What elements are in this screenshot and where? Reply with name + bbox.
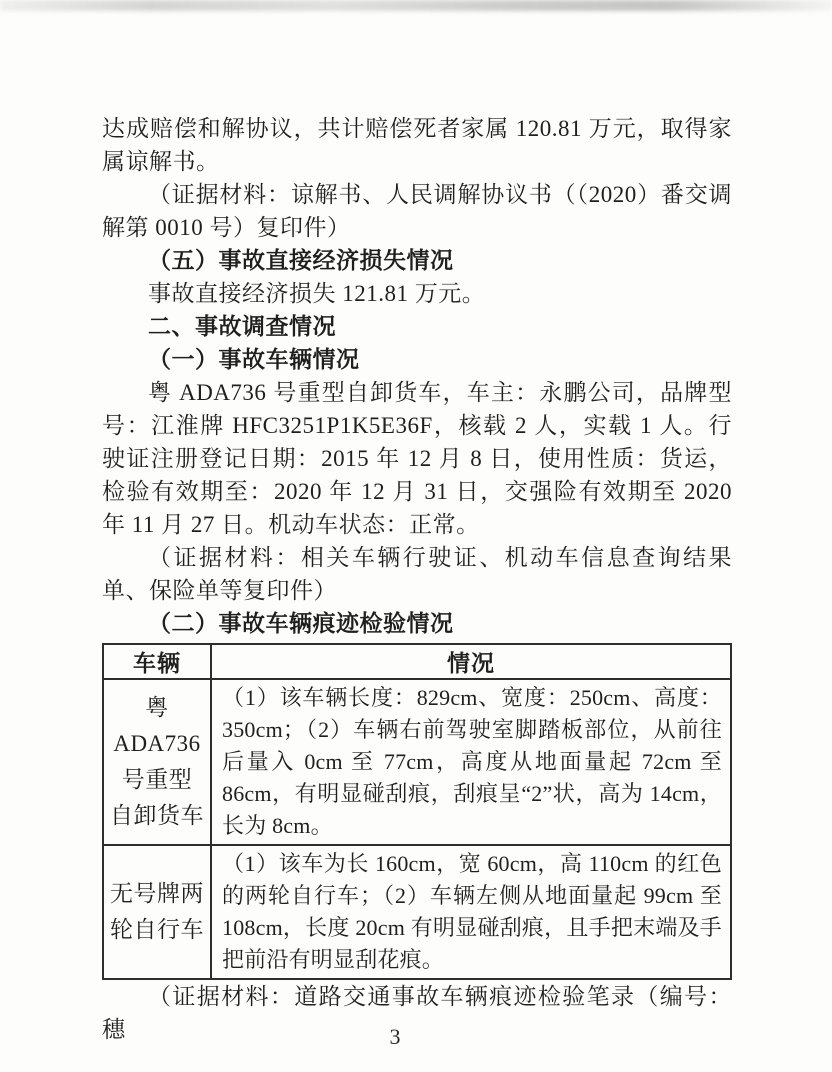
paragraph-compensation-agreement: 达成赔偿和解协议，共计赔偿死者家属 120.81 万元，取得家属谅解书。 (102, 112, 732, 178)
document-content: 达成赔偿和解协议，共计赔偿死者家属 120.81 万元，取得家属谅解书。 （证据… (102, 112, 732, 1046)
bicycle-name-cell: 无号牌两 轮自行车 (103, 845, 211, 979)
table-header-vehicle: 车辆 (103, 644, 211, 679)
heading-subsection-2-trace-inspection: （二）事故车辆痕迹检验情况 (102, 607, 732, 640)
heading-section-2-investigation: 二、事故调查情况 (102, 310, 732, 343)
document-page: 达成赔偿和解协议，共计赔偿死者家属 120.81 万元，取得家属谅解书。 （证据… (0, 0, 832, 1072)
truck-name-cell: 粤 ADA736 号重型 自卸货车 (103, 679, 211, 845)
vehicle-trace-inspection-table: 车辆 情况 粤 ADA736 号重型 自卸货车 （1）该车辆长度：829cm、宽… (102, 643, 732, 980)
heading-section-5-economic-loss: （五）事故直接经济损失情况 (102, 244, 732, 277)
bicycle-situation-cell: （1）该车为长 160cm，宽 60cm，高 110cm 的红色的两轮自行车；（… (211, 845, 731, 979)
truck-situation-cell: （1）该车辆长度：829cm、宽度：250cm、高度：350cm；（2）车辆右前… (211, 679, 731, 845)
paragraph-evidence-vehicle-documents: （证据材料：相关车辆行驶证、机动车信息查询结果单、保险单等复印件） (102, 541, 732, 607)
table-header-row: 车辆 情况 (103, 644, 731, 679)
table-row-bicycle: 无号牌两 轮自行车 （1）该车为长 160cm，宽 60cm，高 110cm 的… (103, 845, 731, 979)
scan-artifact-top (0, 0, 832, 11)
table-row-truck: 粤 ADA736 号重型 自卸货车 （1）该车辆长度：829cm、宽度：250c… (103, 679, 731, 845)
table-header-situation: 情况 (211, 644, 731, 679)
paragraph-economic-loss-amount: 事故直接经济损失 121.81 万元。 (102, 277, 732, 310)
paragraph-truck-registration-details: 粤 ADA736 号重型自卸货车，车主：永鹏公司，品牌型号：江淮牌 HFC325… (102, 376, 732, 541)
paragraph-evidence-mediation: （证据材料：谅解书、人民调解协议书（（2020）番交调解第 0010 号）复印件… (102, 178, 732, 244)
page-number: 3 (0, 1024, 790, 1050)
heading-subsection-1-vehicle-info: （一）事故车辆情况 (102, 343, 732, 376)
